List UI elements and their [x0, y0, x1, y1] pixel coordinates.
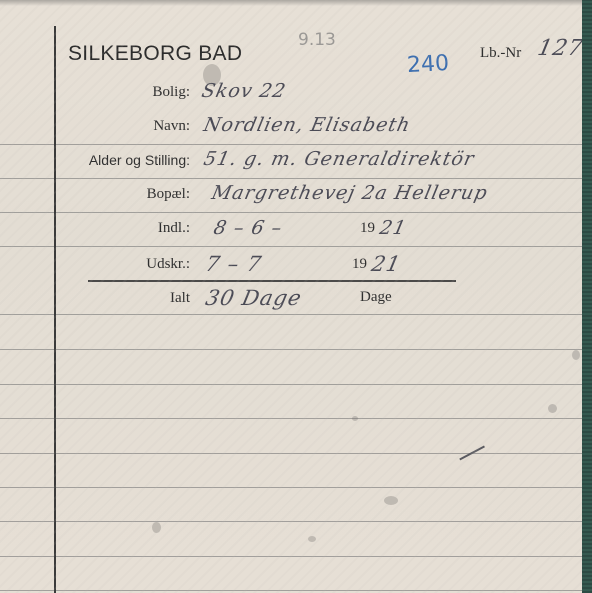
field-value-udskr-date: 7 – 7 [203, 252, 264, 276]
field-value-navn: Nordlien, Elisabeth [202, 114, 413, 136]
field-label-bopael: Bopæl: [0, 186, 190, 203]
stain [384, 496, 398, 505]
ruled-line [0, 349, 582, 350]
field-value-alder-stilling: 51. g. m. Generaldirektör [202, 148, 477, 170]
ruled-line [0, 384, 582, 385]
ruled-line [0, 246, 582, 247]
ruled-line [0, 212, 582, 213]
margin-rule [54, 26, 56, 593]
udskr-year-hand: 21 [369, 252, 403, 276]
field-value-indl-date: 8 – 6 – [212, 217, 285, 239]
field-label-indl: Indl.: [0, 220, 190, 237]
ruled-line [0, 314, 582, 315]
total-value: 30 Dage [203, 286, 304, 310]
registration-card: SILKEBORG BAD 9.13 240 Lb.-Nr 127 Bolig:… [0, 0, 582, 593]
pencil-note: 9.13 [298, 30, 336, 50]
udskr-year-printed: 19 [352, 256, 367, 273]
ruled-line [0, 144, 582, 145]
total-label: Ialt [0, 290, 190, 307]
total-unit-label: Dage [360, 289, 392, 306]
background-cloth [582, 0, 592, 593]
stain [308, 536, 316, 542]
ruled-line [0, 556, 582, 557]
lb-nr-label: Lb.-Nr [480, 45, 521, 62]
stain [572, 350, 580, 360]
field-value-bolig: Skov 22 [200, 80, 289, 102]
stain [548, 404, 557, 413]
ruled-line [0, 453, 582, 454]
lb-nr-value: 127 [535, 36, 582, 61]
stain [352, 416, 358, 421]
stain [152, 522, 161, 533]
card-title: SILKEBORG BAD [68, 42, 242, 66]
ruled-line [0, 487, 582, 488]
archive-number: 240 [406, 51, 449, 78]
field-label-bolig: Bolig: [0, 84, 190, 101]
indl-year-printed: 19 [360, 220, 375, 237]
field-label-navn: Navn: [0, 118, 190, 135]
field-value-bopael: Margrethevej 2a Hellerup [210, 182, 490, 204]
card-edge-shadow [0, 0, 582, 6]
field-label-udskr: Udskr.: [0, 256, 190, 273]
ruled-line [0, 521, 582, 522]
ruled-line [0, 418, 582, 419]
ruled-line [0, 178, 582, 179]
total-separator-line [88, 280, 456, 282]
field-label-alder-stilling: Alder og Stilling: [0, 152, 190, 168]
indl-year-hand: 21 [378, 217, 409, 239]
ruled-line [0, 590, 582, 591]
